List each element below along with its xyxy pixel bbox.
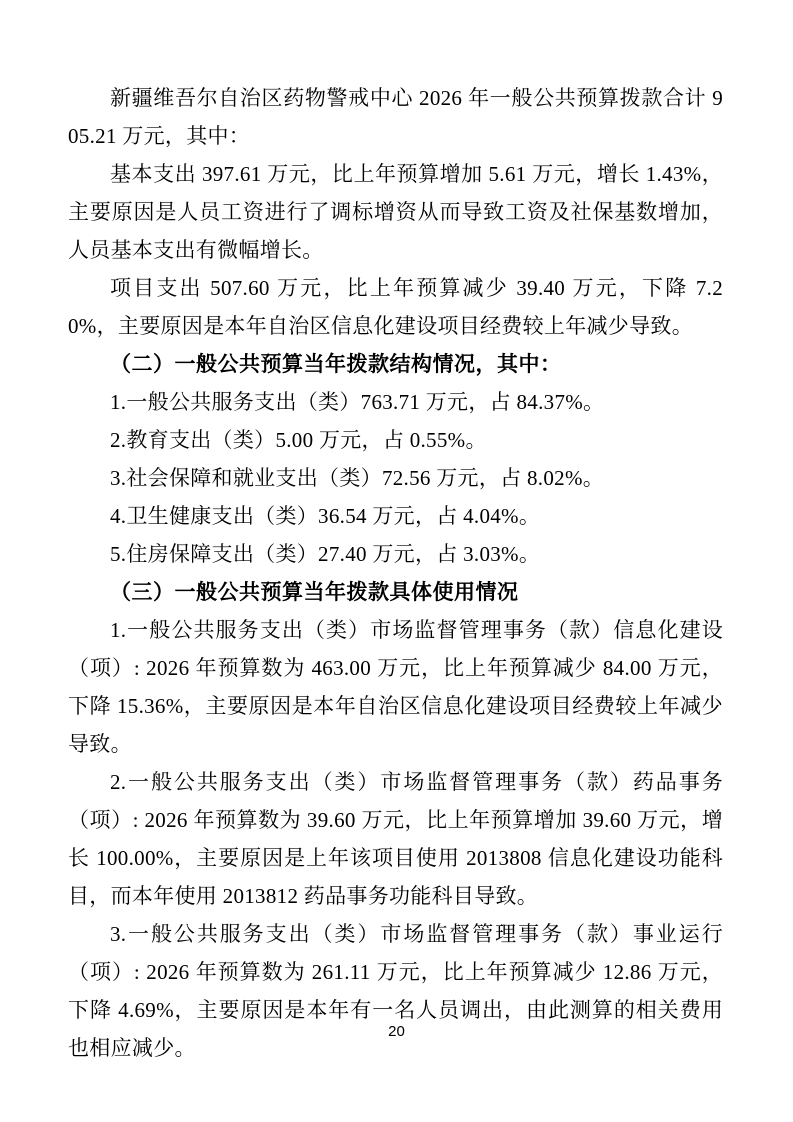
list-item-housing: 5.住房保障支出（类）27.40 万元，占 3.03%。: [68, 535, 723, 573]
list-item-health: 4.卫生健康支出（类）36.54 万元，占 4.04%。: [68, 497, 723, 535]
page-number: 20: [0, 1023, 793, 1040]
list-item-education: 2.教育支出（类）5.00 万元，占 0.55%。: [68, 421, 723, 459]
list-item-social-security: 3.社会保障和就业支出（类）72.56 万元，占 8.02%。: [68, 459, 723, 497]
document-page: 新疆维吾尔自治区药物警戒中心 2026 年一般公共预算拨款合计 905.21 万…: [0, 0, 793, 1122]
detail-item-drug-affairs: 2.一般公共服务支出（类）市场监督管理事务（款）药品事务（项）: 2026 年预…: [68, 763, 723, 915]
list-item-general-services: 1.一般公共服务支出（类）763.71 万元，占 84.37%。: [68, 383, 723, 421]
paragraph-total-appropriation: 新疆维吾尔自治区药物警戒中心 2026 年一般公共预算拨款合计 905.21 万…: [68, 79, 723, 155]
paragraph-project-expenditure: 项目支出 507.60 万元，比上年预算减少 39.40 万元，下降 7.20%…: [68, 269, 723, 345]
section-heading-3: （三）一般公共预算当年拨款具体使用情况: [68, 573, 723, 611]
section-heading-2: （二）一般公共预算当年拨款结构情况，其中：: [68, 345, 723, 383]
detail-item-operations: 3.一般公共服务支出（类）市场监督管理事务（款）事业运行（项）: 2026 年预…: [68, 915, 723, 1067]
document-body: 新疆维吾尔自治区药物警戒中心 2026 年一般公共预算拨款合计 905.21 万…: [68, 79, 723, 1067]
detail-item-informatization: 1.一般公共服务支出（类）市场监督管理事务（款）信息化建设（项）: 2026 年…: [68, 611, 723, 763]
paragraph-basic-expenditure: 基本支出 397.61 万元，比上年预算增加 5.61 万元，增长 1.43%，…: [68, 155, 723, 269]
